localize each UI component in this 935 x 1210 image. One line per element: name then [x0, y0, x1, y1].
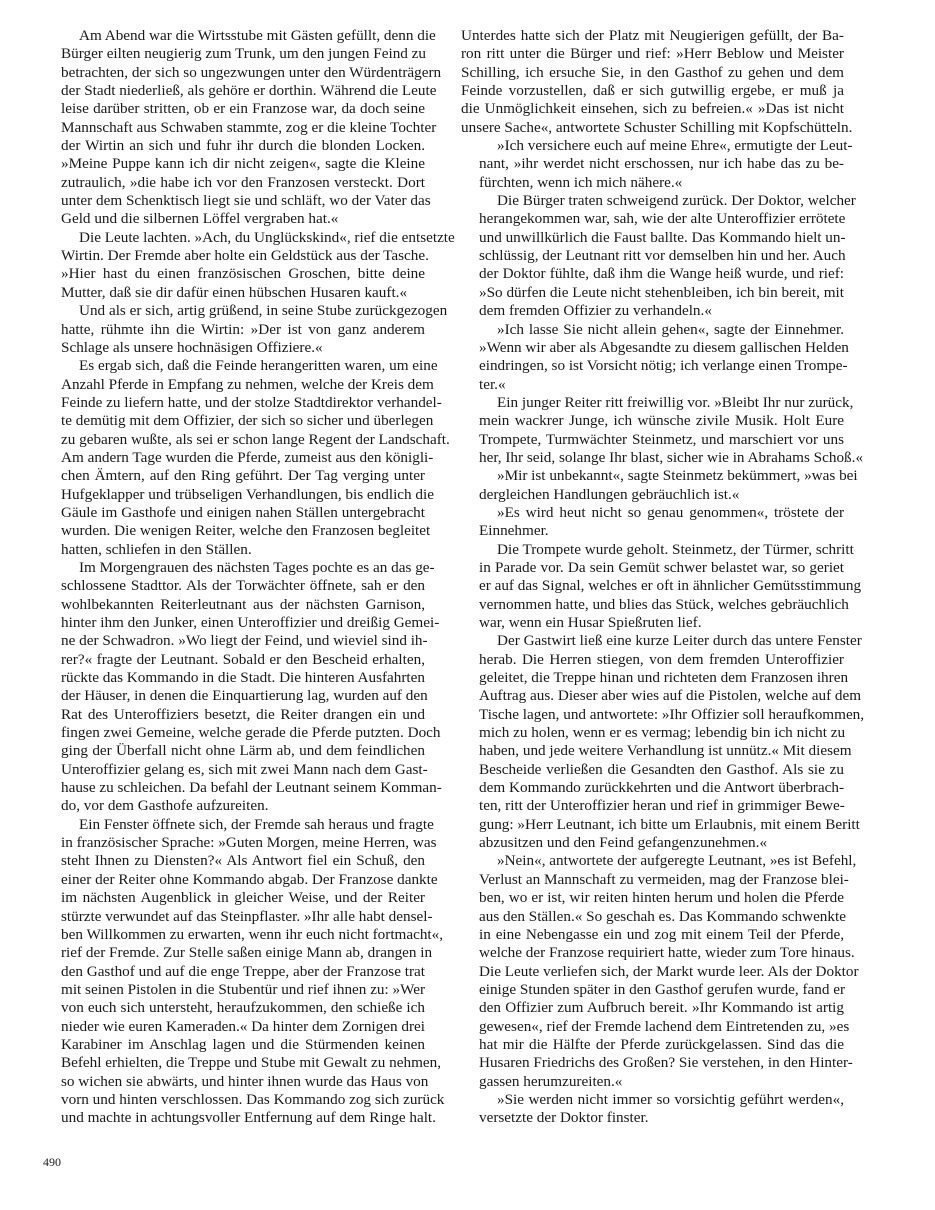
text-line: Die Leute lachten. »Ach, du Unglückskind… [43, 229, 425, 247]
paragraph: Unterdes hatte sich der Platz mit Neugie… [461, 27, 844, 137]
text-line: Feinde zu liefern hatte, und der stolze … [43, 394, 425, 412]
text-line: der Stadt niederließ, als gehöre er dort… [43, 82, 425, 100]
text-line: Hufgeklapper und trübseligen Verhandlung… [43, 486, 425, 504]
paragraph: Der Gastwirt ließ eine kurze Leiter durc… [461, 632, 844, 852]
text-line: hat mir die Hälfte der Pferde zurückgela… [461, 1036, 844, 1054]
text-line: aus den Ställen.« So geschah es. Das Kom… [461, 908, 844, 926]
text-line: von euch sich untersteht, heraufzukommen… [43, 999, 425, 1017]
text-line: war, wenn ein Husar Spießruten lief. [461, 614, 844, 632]
paragraph: Es ergab sich, daß die Feinde herangerit… [43, 357, 425, 559]
paragraph: Ein Fenster öffnete sich, der Fremde sah… [43, 816, 425, 1128]
text-line: Geld und die silbernen Löffel vergraben … [43, 210, 425, 228]
text-line: rer?« fragte der Leutnant. Sobald er den… [43, 651, 425, 669]
text-line: herab. Die Herren stiegen, von dem fremd… [461, 651, 844, 669]
text-line: geleitet, die Treppe hinan und richteten… [461, 669, 844, 687]
paragraph: Im Morgengrauen des nächsten Tages pocht… [43, 559, 425, 816]
text-line: hatten, schliefen in den Ställen. [43, 541, 425, 559]
text-line: unter dem Schenktisch liegt sie und schl… [43, 192, 425, 210]
text-line: »Meine Puppe kann ich dir nicht zeigen«,… [43, 155, 425, 173]
text-line: Unterdes hatte sich der Platz mit Neugie… [461, 27, 844, 45]
text-line: Am Abend war die Wirtsstube mit Gästen g… [43, 27, 425, 45]
text-line: Und als er sich, artig grüßend, in seine… [43, 302, 425, 320]
text-line: Unteroffizier gelang es, sich mit zwei M… [43, 761, 425, 779]
text-line: ben, wo er ist, wir reiten hinten herum … [461, 889, 844, 907]
text-line: »Mir ist unbekannt«, sagte Steinmetz bek… [461, 467, 844, 485]
paragraph: »Mir ist unbekannt«, sagte Steinmetz bek… [461, 467, 844, 504]
text-line: hinter ihm den Junker, einen Unteroffizi… [43, 614, 425, 632]
text-line: »So dürfen die Leute nicht stehenbleiben… [461, 284, 844, 302]
text-line: Anzahl Pferde in Empfang zu nehmen, welc… [43, 376, 425, 394]
text-line: mein wackrer Junge, ich wünsche zivile M… [461, 412, 844, 430]
text-line: gassen herumzureiten.« [461, 1073, 844, 1091]
text-line: hatte, rühmte ihn die Wirtin: »Der ist v… [43, 321, 425, 339]
paragraph: »Sie werden nicht immer so vorsichtig ge… [461, 1091, 844, 1128]
text-line: »Hier hast du einen französischen Grosch… [43, 265, 425, 283]
text-line: versetzte der Doktor finster. [461, 1109, 844, 1127]
text-line: wohlbekannten Reiterleutnant aus der näc… [43, 596, 425, 614]
text-line: nieder wie euren Kameraden.« Da hinter d… [43, 1018, 425, 1036]
text-line: leise darüber stritten, ob er ein Franzo… [43, 100, 425, 118]
text-line: Ein Fenster öffnete sich, der Fremde sah… [43, 816, 425, 834]
text-line: den Gasthof und auf die enge Treppe, abe… [43, 963, 425, 981]
text-line: Bescheide verließen die Gesandten den Ga… [461, 761, 844, 779]
text-line: Die Bürger traten schweigend zurück. Der… [461, 192, 844, 210]
right-column: Unterdes hatte sich der Platz mit Neugie… [461, 27, 844, 1128]
text-line: fingen zwei Gemeine, welche gerade die P… [43, 724, 425, 742]
text-line: Der Gastwirt ließ eine kurze Leiter durc… [461, 632, 844, 650]
page-number: 490 [43, 1155, 61, 1170]
text-line: unsere Sache«, antwortete Schuster Schil… [461, 119, 844, 137]
text-line: ten, ritt der Unteroffizier heran und ri… [461, 797, 844, 815]
text-line: abzusitzen und den Feind gefangenzunehme… [461, 834, 844, 852]
text-line: Auftrag aus. Dieser aber wies auf die Pi… [461, 687, 844, 705]
text-line: ging der Überfall nicht ohne Lärm ab, un… [43, 742, 425, 760]
text-line: Mannschaft aus Schwaben stammte, zog er … [43, 119, 425, 137]
text-line: mich zu holen, wenn er es vermag; lebend… [461, 724, 844, 742]
text-line: Mutter, daß sie dir dafür einen hübschen… [43, 284, 425, 302]
text-line: Verlust an Mannschaft zu vermeiden, mag … [461, 871, 844, 889]
paragraph: »Ich versichere euch auf meine Ehre«, er… [461, 137, 844, 192]
text-line: wurden. Die wenigen Reiter, welche den F… [43, 522, 425, 540]
text-line: der Doktor fühlte, daß ihm die Wange hei… [461, 265, 844, 283]
text-line: einige Stunden später in den Gasthof ger… [461, 981, 844, 999]
text-line: dem Kommando zurückkehrten und die Antwo… [461, 779, 844, 797]
left-column: Am Abend war die Wirtsstube mit Gästen g… [43, 27, 425, 1128]
text-line: in Parade vor. Da sein Gemüt schwer bela… [461, 559, 844, 577]
text-line: »Ich versichere euch auf meine Ehre«, er… [461, 137, 844, 155]
text-line: steht Ihnen zu Diensten?« Als Antwort fi… [43, 852, 425, 870]
paragraph: Die Bürger traten schweigend zurück. Der… [461, 192, 844, 320]
text-line: so wichen sie abwärts, und hinter ihnen … [43, 1073, 425, 1091]
text-line: und unwillkürlich die Faust ballte. Das … [461, 229, 844, 247]
text-line: er auf das Signal, welches er oft in ähn… [461, 577, 844, 595]
text-line: mit seinen Pistolen in die Stubentür und… [43, 981, 425, 999]
text-line: nant, »ihr werdet nicht erschossen, nur … [461, 155, 844, 173]
paragraph: Die Leute lachten. »Ach, du Unglückskind… [43, 229, 425, 302]
text-line: »Wenn wir aber als Abgesandte zu diesem … [461, 339, 844, 357]
text-line: »Nein«, antwortete der aufgeregte Leutna… [461, 852, 844, 870]
text-line: Einnehmer. [461, 522, 844, 540]
text-line: »Ich lasse Sie nicht allein gehen«, sagt… [461, 321, 844, 339]
text-line: her, Ihr seid, solange Ihr blast, sicher… [461, 449, 844, 467]
text-line: do, vor dem Gasthofe aufzureiten. [43, 797, 425, 815]
text-line: und machte in achtungsvoller Entfernung … [43, 1109, 425, 1127]
text-line: ter.« [461, 376, 844, 394]
text-line: rief der Fremde. Zur Stelle saßen einige… [43, 944, 425, 962]
paragraph: Ein junger Reiter ritt freiwillig vor. »… [461, 394, 844, 467]
paragraph: »Nein«, antwortete der aufgeregte Leutna… [461, 852, 844, 1090]
text-line: welche der Franzose requiriert hatte, wi… [461, 944, 844, 962]
text-line: Feinde vorzustellen, daß er sich gutwill… [461, 82, 844, 100]
text-line: Wirtin. Der Fremde aber holte ein Geldst… [43, 247, 425, 265]
text-line: zu gebaren wußte, als sei er schon lange… [43, 431, 425, 449]
text-line: dergleichen Handlungen gebräuchlich ist.… [461, 486, 844, 504]
paragraph: Am Abend war die Wirtsstube mit Gästen g… [43, 27, 425, 229]
text-line: Die Leute verliefen sich, der Markt wurd… [461, 963, 844, 981]
text-line: hause zu schleichen. Da befahl der Leutn… [43, 779, 425, 797]
text-line: vorn und hinten verschlossen. Das Komman… [43, 1091, 425, 1109]
text-line: stürzte verwundet auf das Steinpflaster.… [43, 908, 425, 926]
text-line: eindringen, so ist Vorsicht nötig; ich v… [461, 357, 844, 375]
text-line: Ein junger Reiter ritt freiwillig vor. »… [461, 394, 844, 412]
text-line: Rat des Unteroffiziers besetzt, die Reit… [43, 706, 425, 724]
text-line: Es ergab sich, daß die Feinde herangerit… [43, 357, 425, 375]
text-line: Bürger eilten neugierig zum Trunk, um de… [43, 45, 425, 63]
text-line: die Unmöglichkeit einsehen, sich zu befr… [461, 100, 844, 118]
text-line: schlossene Stadttor. Als der Torwächter … [43, 577, 425, 595]
text-line: dem fremden Offizier zu verhandeln.« [461, 302, 844, 320]
text-line: Die Trompete wurde geholt. Steinmetz, de… [461, 541, 844, 559]
text-line: Trompete, Turmwächter Steinmetz, und mar… [461, 431, 844, 449]
text-line: Befehl erhielten, die Treppe und Stube m… [43, 1054, 425, 1072]
text-line: herangekommen war, sah, wie der alte Unt… [461, 210, 844, 228]
text-line: betrachten, der sich so ungezwungen unte… [43, 64, 425, 82]
text-line: Am andern Tage wurden die Pferde, zumeis… [43, 449, 425, 467]
text-line: der Wirtin an sich und fuhr ihr durch di… [43, 137, 425, 155]
text-line: vernommen hatte, und blies das Stück, we… [461, 596, 844, 614]
text-line: rückte das Kommando in die Stadt. Die hi… [43, 669, 425, 687]
text-line: »Sie werden nicht immer so vorsichtig ge… [461, 1091, 844, 1109]
text-line: im nächsten Augenblick in gleicher Weise… [43, 889, 425, 907]
text-line: in französischer Sprache: »Guten Morgen,… [43, 834, 425, 852]
text-line: der Häuser, in denen die Einquartierung … [43, 687, 425, 705]
paragraph: Die Trompete wurde geholt. Steinmetz, de… [461, 541, 844, 633]
paragraph: Und als er sich, artig grüßend, in seine… [43, 302, 425, 357]
text-line: Tische lagen, und antwortete: »Ihr Offiz… [461, 706, 844, 724]
text-line: te demütig mit dem Offizier, der sich so… [43, 412, 425, 430]
paragraph: »Es wird heut nicht so genau genommen«, … [461, 504, 844, 541]
text-line: fürchten, wenn ich mich nähere.« [461, 174, 844, 192]
text-line: Karabiner im Anschlag lagen und die Stür… [43, 1036, 425, 1054]
text-line: »Es wird heut nicht so genau genommen«, … [461, 504, 844, 522]
text-line: Schilling, ich ersuche Sie, in den Gasth… [461, 64, 844, 82]
text-line: ne der Schwadron. »Wo liegt der Feind, u… [43, 632, 425, 650]
text-line: Im Morgengrauen des nächsten Tages pocht… [43, 559, 425, 577]
paragraph: »Ich lasse Sie nicht allein gehen«, sagt… [461, 321, 844, 394]
text-line: den Offizier zum Aufbruch bereit. »Ihr K… [461, 999, 844, 1017]
text-line: schlüssig, der Leutnant ritt vor demselb… [461, 247, 844, 265]
text-line: einer der Reiter ohne Kommando abgab. De… [43, 871, 425, 889]
text-line: zutraulich, »die habe ich vor den Franzo… [43, 174, 425, 192]
book-page: Am Abend war die Wirtsstube mit Gästen g… [0, 0, 935, 1210]
text-line: gewesen«, rief der Fremde lachend dem Ei… [461, 1018, 844, 1036]
text-line: gung: »Herr Leutnant, ich bitte um Erlau… [461, 816, 844, 834]
text-line: Gäule im Gasthofe und einigen nahen Stäl… [43, 504, 425, 522]
text-line: in eine Nebengasse ein und zog mit einem… [461, 926, 844, 944]
text-line: ron ritt unter die Bürger und rief: »Her… [461, 45, 844, 63]
text-line: Schlage als unsere hochnäsigen Offiziere… [43, 339, 425, 357]
text-line: ben Willkommen zu erwarten, wenn ihr euc… [43, 926, 425, 944]
text-line: chen Ämtern, auf den Ring geführt. Der T… [43, 467, 425, 485]
text-line: Husaren Friedrichs des Großen? Sie verst… [461, 1054, 844, 1072]
text-line: haben, und jede weitere Verhandlung ist … [461, 742, 844, 760]
